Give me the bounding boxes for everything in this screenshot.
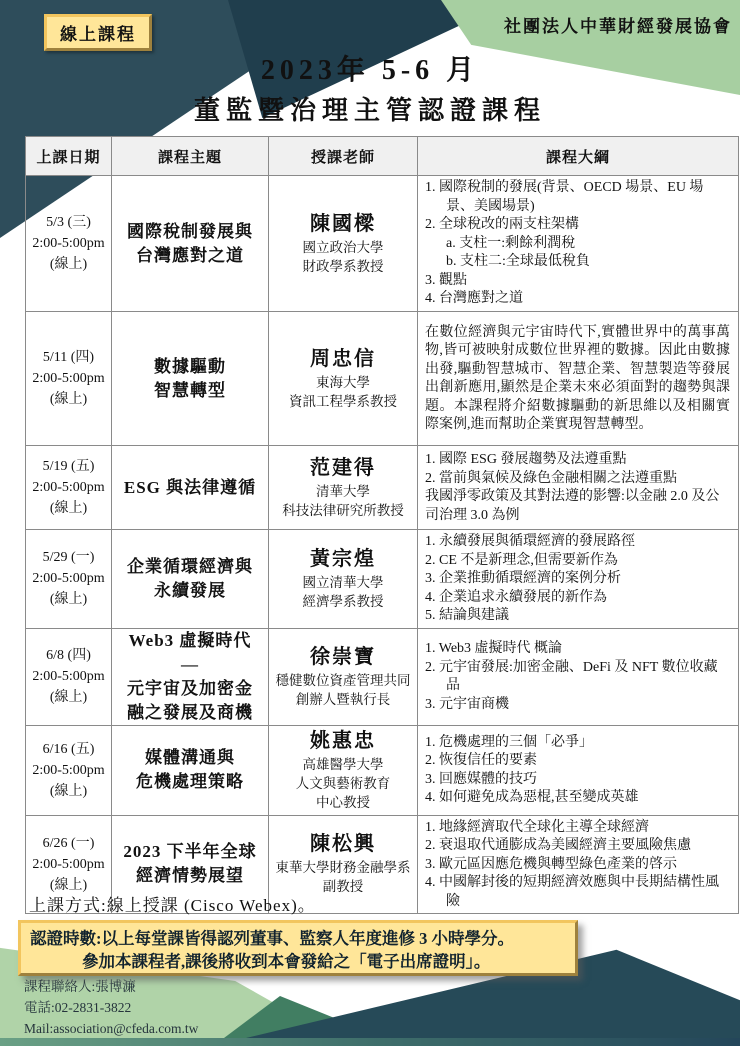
certification-hours-box: 認證時數:以上每堂課皆得認列董事、監察人年度進修 3 小時學分。 參加本課程者,… [18, 920, 578, 976]
teacher-name: 姚惠忠 [275, 729, 411, 753]
outline-item: 1. Web3 虛擬時代 概論 [425, 640, 730, 659]
outline-item: 1. 地緣經濟取代全球化主導全球經濟 [425, 819, 730, 838]
table-header-row: 上課日期 課程主題 授課老師 課程大綱 [26, 137, 739, 176]
outline-cell: 在數位經濟與元宇宙時代下,實體世界中的萬事萬物,皆可被映射成數位世界裡的數據。因… [418, 312, 739, 446]
date-cell: 5/19 (五) 2:00-5:00pm (線上) [26, 446, 112, 530]
date-cell: 5/11 (四) 2:00-5:00pm (線上) [26, 312, 112, 446]
outline-item: 3. 元宇宙商機 [425, 696, 730, 715]
outline-item: a. 支柱一:剩餘利潤稅 [446, 235, 730, 254]
header-teacher: 授課老師 [269, 137, 418, 176]
teacher-name: 徐崇寶 [275, 645, 411, 669]
teacher-cell: 陳國樑 國立政治大學 財政學系教授 [269, 176, 418, 312]
outline-item: 4. 如何避免成為惡棍,甚至變成英雄 [425, 789, 730, 808]
teacher-name: 陳國樑 [275, 212, 411, 236]
topic-cell: 企業循環經濟與 永續發展 [112, 530, 269, 629]
outline-item: 4. 台灣應對之道 [425, 290, 730, 309]
topic-cell: 數據驅動 智慧轉型 [112, 312, 269, 446]
teacher-name: 范建得 [275, 456, 411, 480]
teacher-affiliation: 清華大學 科技法律研究所教授 [275, 482, 411, 520]
teacher-cell: 黃宗煌 國立清華大學 經濟學系教授 [269, 530, 418, 629]
table-row: 6/8 (四) 2:00-5:00pm (線上) Web3 虛擬時代— 元宇宙及… [26, 628, 739, 725]
outline-item: 1. 危機處理的三個「必爭」 [425, 734, 730, 753]
certification-line2: 參加本課程者,課後將收到本會發給之「電子出席證明」。 [82, 950, 567, 973]
outline-item: 3. 歐元區因應危機與轉型綠色產業的啓示 [425, 856, 730, 875]
teacher-affiliation: 高雄醫學大學 人文與藝術教育 中心教授 [275, 755, 411, 812]
date-cell: 6/16 (五) 2:00-5:00pm (線上) [26, 725, 112, 815]
contact-person: 課程聯絡人:張博濂 [24, 976, 198, 997]
teacher-affiliation: 國立政治大學 財政學系教授 [275, 238, 411, 276]
outline-item: 2. 元宇宙發展:加密金融、DeFi 及 NFT 數位收藏品 [425, 659, 730, 696]
teacher-affiliation: 東海大學 資訊工程學系教授 [275, 373, 411, 411]
outline-item: 2. 恢復信任的要素 [425, 752, 730, 771]
teacher-cell: 姚惠忠 高雄醫學大學 人文與藝術教育 中心教授 [269, 725, 418, 815]
table-row: 5/19 (五) 2:00-5:00pm (線上) ESG 與法律遵循 范建得 … [26, 446, 739, 530]
page-title-line1: 2023年 5-6 月 [0, 48, 740, 88]
outline-item: 3. 觀點 [425, 272, 730, 291]
outline-item: 1. 永續發展與循環經濟的發展路徑 [425, 533, 730, 552]
outline-item: b. 支柱二:全球最低稅負 [446, 253, 730, 272]
outline-item: 3. 回應媒體的技巧 [425, 771, 730, 790]
outline-cell: 1. 國際 ESG 發展趨勢及法遵重點2. 當前與氣候及綠色金融相關之法遵重點我… [418, 446, 739, 530]
page-title-line2: 董監暨治理主管認證課程 [0, 90, 740, 127]
course-method-line: 上課方式:線上授課 (Cisco Webex)。 [29, 891, 316, 916]
outline-item: 我國淨零政策及其對法遵的影響:以金融 2.0 及公司治理 3.0 為例 [425, 488, 730, 525]
course-table: 上課日期 課程主題 授課老師 課程大綱 5/3 (三) 2:00-5:00pm … [25, 136, 739, 914]
outline-item: 2. 當前與氣候及綠色金融相關之法遵重點 [425, 470, 730, 489]
header-outline: 課程大綱 [418, 137, 739, 176]
outline-cell: 1. 地緣經濟取代全球化主導全球經濟2. 衰退取代通膨成為美國經濟主要風險焦慮3… [418, 815, 739, 914]
header-topic: 課程主題 [112, 137, 269, 176]
outline-item: 2. CE 不是新理念,但需要新作為 [425, 552, 730, 571]
outline-item: 4. 企業追求永續發展的新作為 [425, 589, 730, 608]
teacher-affiliation: 國立清華大學 經濟學系教授 [275, 573, 411, 611]
table-row: 5/29 (一) 2:00-5:00pm (線上) 企業循環經濟與 永續發展 黃… [26, 530, 739, 629]
teacher-name: 陳松興 [275, 832, 411, 856]
table-row: 5/11 (四) 2:00-5:00pm (線上) 數據驅動 智慧轉型 周忠信 … [26, 312, 739, 446]
topic-cell: 國際稅制發展與 台灣應對之道 [112, 176, 269, 312]
outline-item: 2. 全球稅改的兩支柱架構 [425, 216, 730, 235]
teacher-cell: 周忠信 東海大學 資訊工程學系教授 [269, 312, 418, 446]
table-row: 6/16 (五) 2:00-5:00pm (線上) 媒體溝通與 危機處理策略 姚… [26, 725, 739, 815]
date-cell: 5/3 (三) 2:00-5:00pm (線上) [26, 176, 112, 312]
outline-cell: 1. 危機處理的三個「必爭」2. 恢復信任的要素3. 回應媒體的技巧4. 如何避… [418, 725, 739, 815]
teacher-name: 黃宗煌 [275, 547, 411, 571]
outline-item: 2. 衰退取代通膨成為美國經濟主要風險焦慮 [425, 837, 730, 856]
table-row: 5/3 (三) 2:00-5:00pm (線上) 國際稅制發展與 台灣應對之道 … [26, 176, 739, 312]
outline-item: 在數位經濟與元宇宙時代下,實體世界中的萬事萬物,皆可被映射成數位世界裡的數據。因… [425, 324, 730, 435]
outline-cell: 1. Web3 虛擬時代 概論2. 元宇宙發展:加密金融、DeFi 及 NFT … [418, 628, 739, 725]
online-course-badge: 線上課程 [44, 14, 152, 51]
deco-bottom-bar [0, 1038, 740, 1046]
outline-cell: 1. 國際稅制的發展(背景、OECD 場景、EU 場景、美國場景)2. 全球稅改… [418, 176, 739, 312]
outline-cell: 1. 永續發展與循環經濟的發展路徑2. CE 不是新理念,但需要新作為3. 企業… [418, 530, 739, 629]
contact-phone: 電話:02-2831-3822 [24, 997, 198, 1018]
teacher-cell: 徐崇寶 穩健數位資產管理共同創辦人暨執行長 [269, 628, 418, 725]
topic-cell: Web3 虛擬時代— 元宇宙及加密金融之發展及商機 [112, 628, 269, 725]
date-cell: 5/29 (一) 2:00-5:00pm (線上) [26, 530, 112, 629]
outline-item: 1. 國際稅制的發展(背景、OECD 場景、EU 場景、美國場景) [425, 179, 730, 216]
header-date: 上課日期 [26, 137, 112, 176]
teacher-cell: 范建得 清華大學 科技法律研究所教授 [269, 446, 418, 530]
course-table-wrapper: 上課日期 課程主題 授課老師 課程大綱 5/3 (三) 2:00-5:00pm … [25, 136, 738, 914]
contact-block: 課程聯絡人:張博濂 電話:02-2831-3822 Mail:associati… [24, 976, 198, 1039]
contact-mail: Mail:association@cfeda.com.tw [24, 1018, 198, 1039]
topic-cell: 媒體溝通與 危機處理策略 [112, 725, 269, 815]
teacher-affiliation: 穩健數位資產管理共同創辦人暨執行長 [275, 671, 411, 709]
outline-item: 1. 國際 ESG 發展趨勢及法遵重點 [425, 451, 730, 470]
outline-item: 3. 企業推動循環經濟的案例分析 [425, 570, 730, 589]
outline-item: 5. 結論與建議 [425, 607, 730, 626]
page-title: 2023年 5-6 月 董監暨治理主管認證課程 [0, 48, 740, 127]
organization-name: 社團法人中華財經發展協會 [504, 12, 732, 37]
date-cell: 6/8 (四) 2:00-5:00pm (線上) [26, 628, 112, 725]
outline-item: 4. 中國解封後的短期經濟效應與中長期結構性風險 [425, 874, 730, 911]
course-flyer-page: 線上課程 社團法人中華財經發展協會 2023年 5-6 月 董監暨治理主管認證課… [0, 0, 740, 1046]
topic-cell: ESG 與法律遵循 [112, 446, 269, 530]
teacher-name: 周忠信 [275, 347, 411, 371]
certification-line1: 認證時數:以上每堂課皆得認列董事、監察人年度進修 3 小時學分。 [30, 927, 567, 950]
